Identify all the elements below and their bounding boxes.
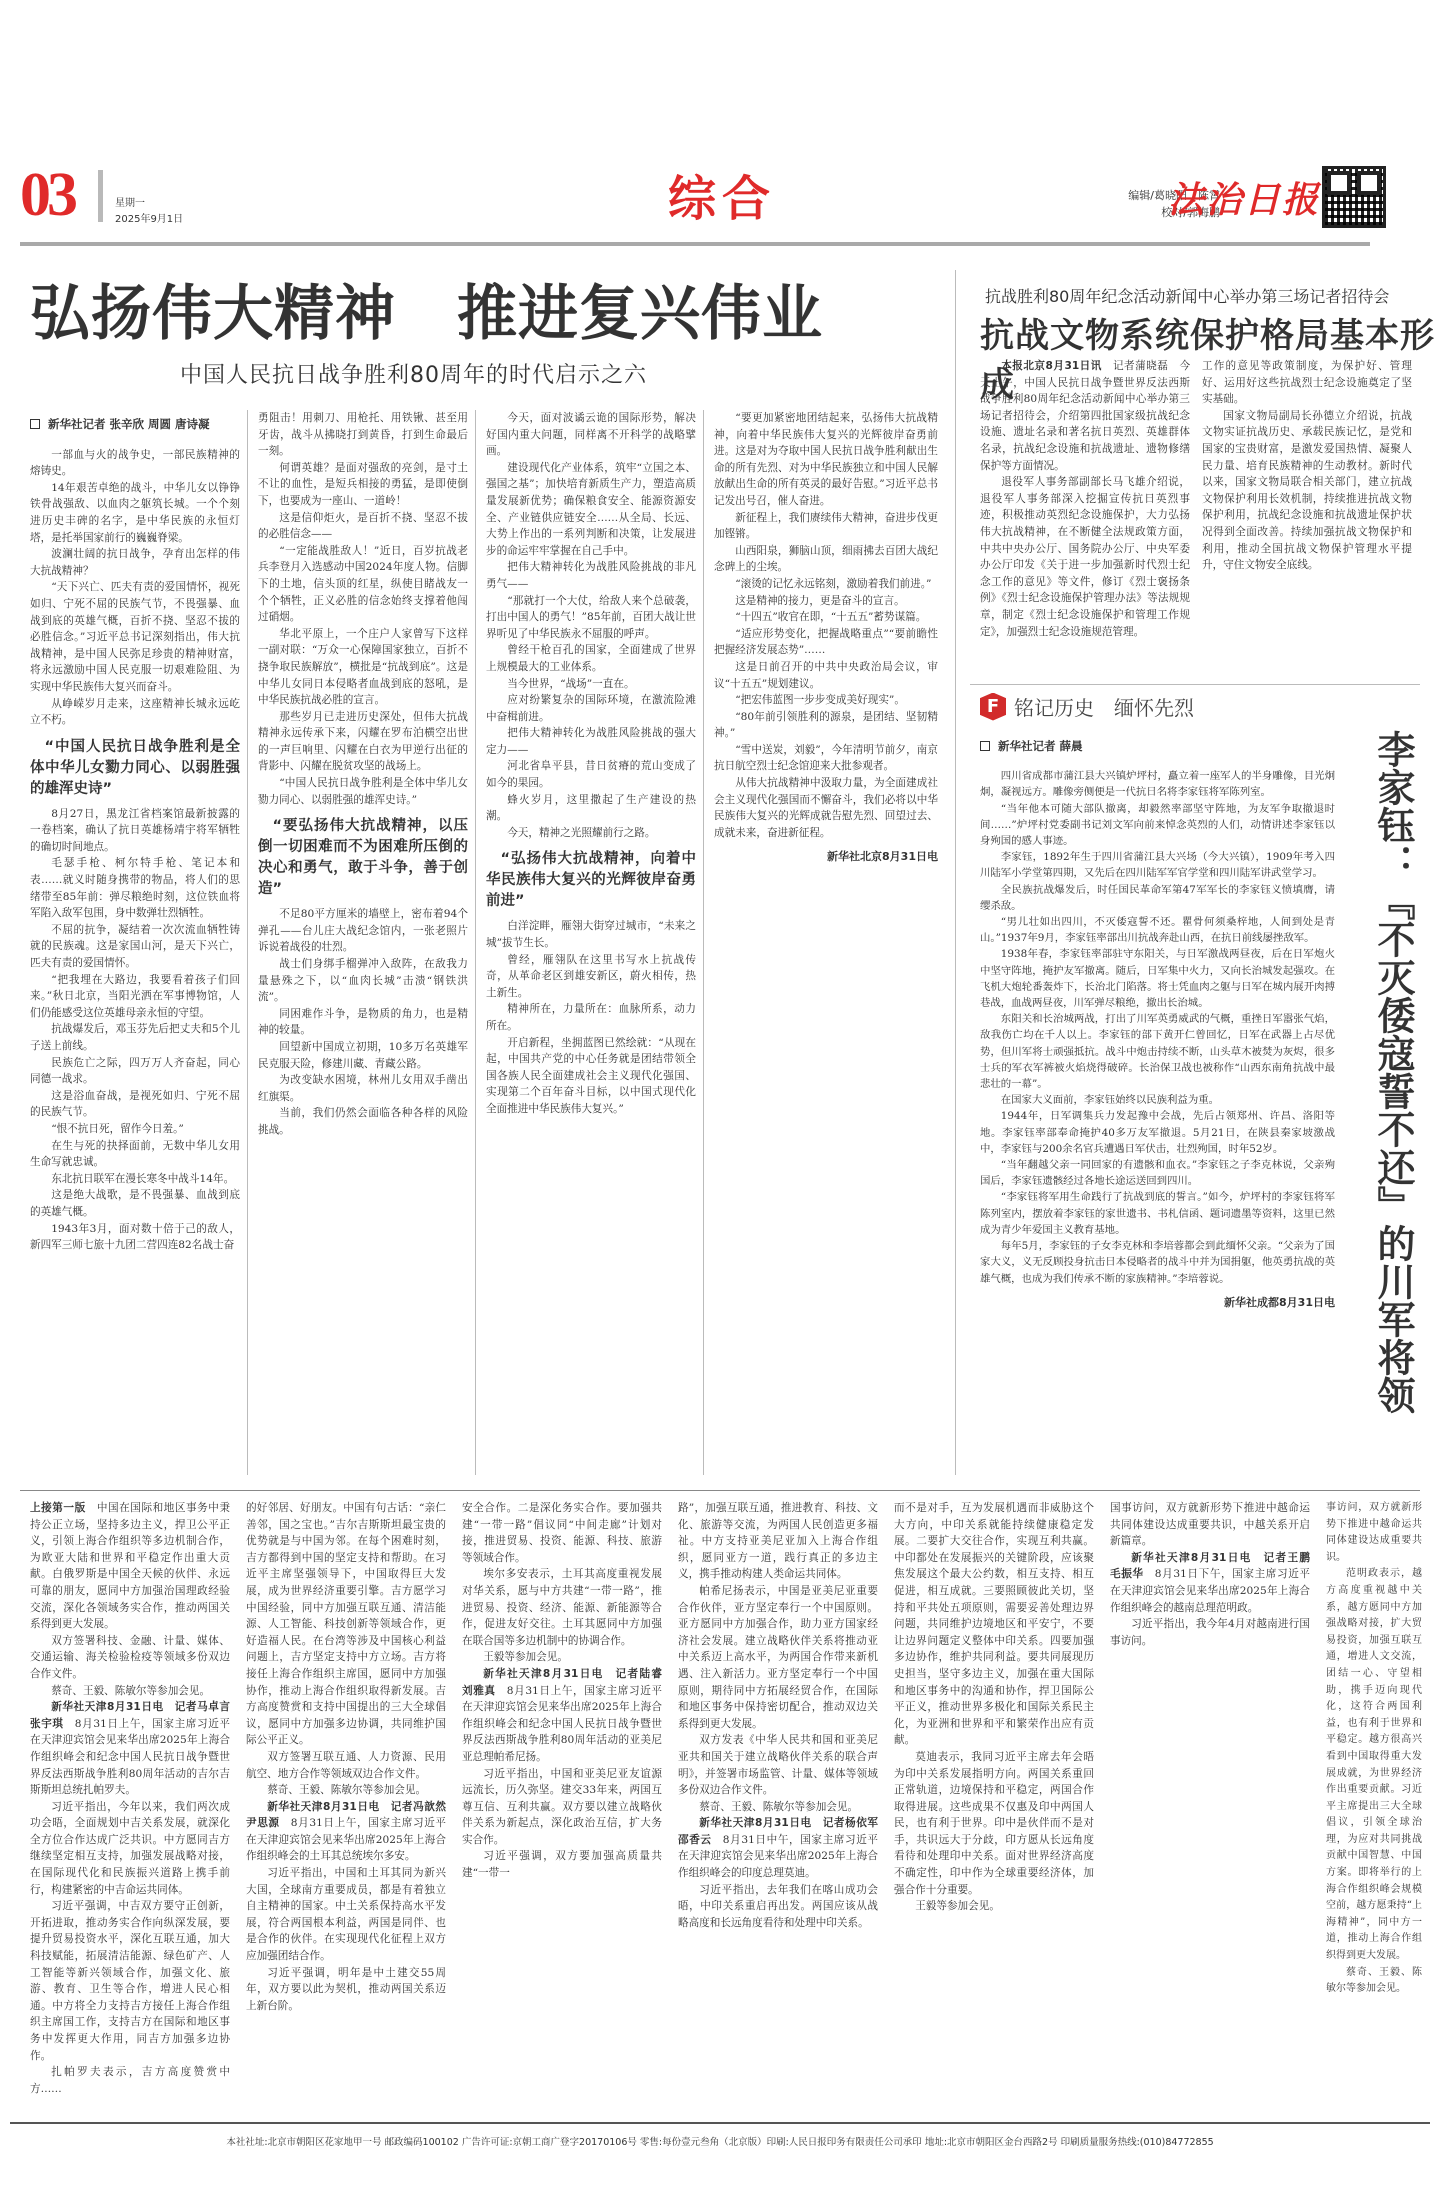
lower-column-1: 上接第一版 中国在国际和地区事务中秉持公正立场，坚持多边主义，捍卫公平正义，引领… bbox=[30, 1500, 230, 2115]
paragraph: 毛瑟手枪、柯尔特手枪、笔记本和表……就义时随身携带的物品，将人们的思绪带至85年… bbox=[30, 855, 240, 921]
column-divider bbox=[703, 410, 704, 1475]
paragraph: 建设现代化产业体系，筑牢“立国之本、强国之基”；加快培育新质生产力，塑造高质量发… bbox=[486, 460, 696, 560]
paragraph: 为改变缺水困境，林州儿女用双手凿出红旗渠。 bbox=[258, 1072, 468, 1105]
paragraph: 帕希尼扬表示，中国是亚美尼亚重要合作伙伴，亚方坚定奉行一个中国原则。亚方愿同中方… bbox=[678, 1583, 878, 1732]
paragraph: 习近平强调，明年是中土建交55周年，双方要以此为契机，推动两国关系迈上新台阶。 bbox=[246, 1965, 446, 2015]
paragraph: 那些岁月已走进历史深处，但伟大抗战精神永远传承下来，闪耀在罗布泊横空出世的一声巨… bbox=[258, 709, 468, 775]
paragraph: 蔡奇、王毅、陈敏尔等参加会见。 bbox=[246, 1782, 446, 1799]
paragraph: 当前，我们仍然会面临各种各样的风险挑战。 bbox=[258, 1105, 468, 1138]
paragraph: 精神所在，力量所在：血脉所系，动力所在。 bbox=[486, 1001, 696, 1034]
paragraph: 白洋淀畔，雁翎大街穿过城市，“未来之城”拔节生长。 bbox=[486, 918, 696, 951]
feature-vertical-title: 李家钰：『不灭倭寇誓不还』的川军将领 bbox=[1350, 730, 1414, 1414]
lower-section-divider bbox=[20, 1490, 1420, 1491]
lead-subhead-1: “中国人民抗日战争胜利是全体中华儿女勠力同心、以弱胜强的雄浑史诗” bbox=[30, 737, 240, 800]
paragraph: 不屈的抗争，凝结着一次次流血牺牲铸就的民族魂。这是家国山河，是天下兴亡，匹夫有责… bbox=[30, 922, 240, 972]
paragraph: “滚烫的记忆永远铭刻，激励着我们前进。” bbox=[714, 576, 938, 593]
paragraph: 14年艰苦卓绝的战斗，中华儿女以铮铮铁骨战强敌、以血肉之躯筑长城。一个个刻进历史… bbox=[30, 480, 240, 546]
paragraph: 蔡奇、王毅、陈敏尔等参加会见。 bbox=[1326, 1965, 1422, 1998]
side-reporter: 记者蒲晓磊 bbox=[1113, 360, 1168, 372]
paragraph: 王毅等参加会见。 bbox=[894, 1898, 1094, 1915]
lower-column-final: 事访问，双方就新形势下推进中越命运共同体建设达成重要共识。 范明政表示，越方高度… bbox=[1326, 1500, 1422, 2115]
paragraph: “雪中送炭，刘毅”，今年清明节前夕，南京抗日航空烈士纪念馆迎来大批参观者。 bbox=[714, 742, 938, 775]
paragraph: 事访问，双方就新形势下推进中越命运共同体建设达成重要共识。 bbox=[1326, 1500, 1422, 1566]
paragraph: 这是日前召开的中共中央政治局会议，审议“十五五”规划建议。 bbox=[714, 659, 938, 692]
paragraph: 应对纷繁复杂的国际环境，在激流险滩中奋楫前进。 bbox=[486, 692, 696, 725]
paragraph: 东阳关和长治城两战，打出了川军英勇威武的气概，重挫日军嚣张气焰，敌我伤亡均在千人… bbox=[980, 1011, 1335, 1092]
lead-column-1: 新华社记者 张辛欣 周圆 唐诗凝 一部血与火的战争史，一部民族精神的熔铸史。 1… bbox=[30, 410, 240, 1475]
paragraph: “天下兴亡、匹夫有责的爱国情怀，视死如归、宁死不屈的民族气节，不畏强暴、血战到底… bbox=[30, 579, 240, 695]
lead-subhead-2: “要弘扬伟大抗战精神，以压倒一切困难而不为困难所压倒的决心和勇气，敢于斗争，善于… bbox=[258, 816, 468, 900]
paragraph: 而不是对手，互为发展机遇而非威胁这个大方向，中印关系就能持续健康稳定发展。二要扩… bbox=[894, 1500, 1094, 1749]
paragraph: “李家钰将军用生命践行了抗战到底的誓言。”如今，炉坪村的李家钰将军陈列室内，摆放… bbox=[980, 1189, 1335, 1238]
paragraph: “十四五”收官在即，“十五五”蓄势谋篇。 bbox=[714, 609, 938, 626]
paragraph: 国家文物局副局长孙德立介绍说，抗战文物实证抗战历史、承载民族记忆，是党和国家的宝… bbox=[1202, 408, 1412, 574]
paragraph: 同困难作斗争，是物质的角力，也是精神的较量。 bbox=[258, 1006, 468, 1039]
section-divider bbox=[955, 270, 956, 1475]
paragraph: 习近平指出，去年我们在喀山成功会晤，中印关系重启再出发。两国应该从战略高度和长远… bbox=[678, 1882, 878, 1932]
paragraph: 开启新程，坐拥蓝图已然绘就：“从现在起，中国共产党的中心任务就是团结带领全国各族… bbox=[486, 1035, 696, 1118]
lower-column-7: 国事访问，双方就新形势下推进中越命运共同体建设达成重要共识，中越关系开启新篇章。… bbox=[1110, 1500, 1310, 2115]
paragraph: 一部血与火的战争史，一部民族精神的熔铸史。 bbox=[30, 447, 240, 480]
lead-column-4: “要更加紧密地团结起来，弘扬伟大抗战精神，向着中华民族伟大复兴的光辉彼岸奋勇前进… bbox=[714, 410, 938, 1475]
side-column-1: 本报北京8月31日讯 记者蒲晓磊 今天上午，中国人民抗日战争暨世界反法西斯战争胜… bbox=[980, 358, 1190, 678]
paragraph: “一定能战胜敌人！”近日，百岁抗战老兵李登月入选感动中国2024年度人物。信脚下… bbox=[258, 543, 468, 626]
paragraph: 蜂火岁月，这里撒起了生产建设的热潮。 bbox=[486, 792, 696, 825]
paragraph: 四川省成都市蒲江县大兴镇炉坪村，矗立着一座军人的半身雕像，目光炯炯，凝视远方。雕… bbox=[980, 768, 1335, 800]
masthead-divider bbox=[20, 242, 1370, 246]
footer-divider bbox=[10, 2122, 1430, 2124]
paragraph: 民族危亡之际，四万万人齐奋起，同心同德一战求。 bbox=[30, 1055, 240, 1088]
paragraph: 新华社天津8月31日电 记者马卓言 张宇琪 8月31日上午，国家主席习近平在天津… bbox=[30, 1699, 230, 1799]
paragraph: 从峥嵘岁月走来，这座精神长城永远屹立不朽。 bbox=[30, 696, 240, 729]
paragraph: 埃尔多安表示，土耳其高度重视发展对华关系，愿与中方共建“一带一路”，推进贸易、投… bbox=[462, 1566, 662, 1649]
paragraph: 勇阻击！用刺刀、用枪托、用铁锹、甚至用牙齿，战斗从拂晓打到黄昏，打到生命最后一刻… bbox=[258, 410, 468, 460]
paragraph: 把伟大精神转化为战胜风险挑战的强大定力—— bbox=[486, 725, 696, 758]
paragraph: 全民族抗战爆发后，时任国民革命军第47军军长的李家钰义愤填膺，请缨杀敌。 bbox=[980, 882, 1335, 914]
lower-column-3: 安全合作。二是深化务实合作。要加强共建“一带一路”倡议同“中间走廊”计划对接，推… bbox=[462, 1500, 662, 2115]
qr-code-icon[interactable] bbox=[1322, 166, 1386, 228]
feature-byline: 新华社记者 薛晨 bbox=[980, 738, 1335, 754]
paragraph: 习近平指出，中国和亚美尼亚友谊源远流长，历久弥坚。建交33年来，两国互尊互信、互… bbox=[462, 1766, 662, 1849]
paragraph: “中国人民抗日战争胜利是全体中华儿女勠力同心、以弱胜强的雄浑史诗。” bbox=[258, 775, 468, 808]
paragraph: 1938年春，李家钰率部驻守东阳关，与日军激战两昼夜，后在日军炮火中坚守阵地，掩… bbox=[980, 946, 1335, 1011]
paragraph: 山西阳泉，狮脑山顶，细雨拂去百团大战纪念碑上的尘埃。 bbox=[714, 543, 938, 576]
paragraph: 李家钰，1892年生于四川省蒲江县大兴场（今大兴镇），1909年考入四川陆军小学… bbox=[980, 849, 1335, 881]
paragraph: 每年5月，李家钰的子女李克林和李培蓉都会到此缅怀父亲。“父亲为了国家大义，义无反… bbox=[980, 1238, 1335, 1287]
feature-rubric: F 铭记历史 缅怀先烈 bbox=[980, 692, 1194, 721]
paragraph: 习近平强调，中吉双方要守正创新，开拓进取，推动务实合作向纵深发展，要提升贸易投资… bbox=[30, 1898, 230, 2064]
page-number: 03 bbox=[20, 164, 74, 226]
rubric-label: 铭记历史 缅怀先烈 bbox=[1014, 692, 1194, 721]
paragraph: 新华社天津8月31日电 记者冯歆然 尹思源 8月31日上午，国家主席习近平在天津… bbox=[246, 1799, 446, 1865]
lead-column-3: 今天，面对波谲云诡的国际形势，解决好国内重大问题，同样离不开科学的战略擘画。 建… bbox=[486, 410, 696, 1475]
paragraph: 回望新中国成立初期，10多万名英雄军民克服天险，修建川藏、青藏公路。 bbox=[258, 1039, 468, 1072]
paragraph: 双方发表《中华人民共和国和亚美尼亚共和国关于建立战略伙伴关系的联合声明》，并签署… bbox=[678, 1732, 878, 1798]
paragraph: “当年他本可随大部队撤离，却毅然率部坚守阵地，为友军争取撤退时间……”炉坪村党委… bbox=[980, 801, 1335, 850]
lead-byline: 新华社记者 张辛欣 周圆 唐诗凝 bbox=[30, 416, 240, 433]
lead-signoff: 新华社北京8月31日电 bbox=[714, 849, 938, 866]
paragraph: 新征程上，我们赓续伟大精神，奋进步伐更加铿锵。 bbox=[714, 510, 938, 543]
paragraph: 河北省阜平县，昔日贫瘠的荒山变成了如今的果园。 bbox=[486, 758, 696, 791]
side-kicker: 抗战胜利80周年纪念活动新闻中心举办第三场记者招待会 bbox=[985, 284, 1389, 307]
lower-column-5: 而不是对手，互为发展机遇而非威胁这个大方向，中印关系就能持续健康稳定发展。二要扩… bbox=[894, 1500, 1094, 2115]
side-dateline: 本报北京8月31日讯 bbox=[1001, 360, 1102, 372]
paragraph: 双方签署互联互通、人力资源、民用航空、地方合作等领域双边合作文件。 bbox=[246, 1749, 446, 1782]
paragraph: 1944年，日军调集兵力发起豫中会战，先后占领郑州、许昌、洛阳等地。李家钰率部奉… bbox=[980, 1108, 1335, 1157]
paragraph: 从伟大抗战精神中汲取力量，为全面建成社会主义现代化强国而不懈奋斗，我们必将以中华… bbox=[714, 775, 938, 841]
rubric-badge-icon: F bbox=[980, 693, 1006, 721]
paragraph: “要更加紧密地团结起来，弘扬伟大抗战精神，向着中华民族伟大复兴的光辉彼岸奋勇前进… bbox=[714, 410, 938, 510]
paragraph: 蔡奇、王毅、陈敏尔等参加会见。 bbox=[678, 1799, 878, 1816]
paragraph: 当今世界，“战场”一直在。 bbox=[486, 676, 696, 693]
paragraph: “那就打一个大仗，给敌人来个总破袭，打出中国人的勇气！”85年前，百团大战让世界… bbox=[486, 593, 696, 643]
paragraph: 习近平强调，双方要加强高质量共建“一带一 bbox=[462, 1848, 662, 1881]
paragraph: 今天，面对波谲云诡的国际形势，解决好国内重大问题，同样离不开科学的战略擘画。 bbox=[486, 410, 696, 460]
feature-signoff: 新华社成都8月31日电 bbox=[980, 1295, 1335, 1311]
section-title: 综合 bbox=[668, 160, 776, 229]
paragraph: 工作的意见等政策制度，为保护好、管理好、运用好这些抗战烈士纪念设施奠定了坚实基础… bbox=[1202, 358, 1412, 408]
publication-date: 2025年9月1日 bbox=[115, 210, 183, 225]
paragraph: 新华社天津8月31日电 记者杨依军 邵香云 8月31日中午，国家主席习近平在天津… bbox=[678, 1815, 878, 1881]
paragraph: 在生与死的抉择面前，无数中华儿女用生命写就忠诚。 bbox=[30, 1138, 240, 1171]
paragraph: “适应形势变化，把握战略重点”“要前瞻性把握经济发展态势”…… bbox=[714, 626, 938, 659]
paragraph: “恨不抗日死，留作今日羞。” bbox=[30, 1121, 240, 1138]
paragraph: 曾经，雁翎队在这里书写水上抗战传奇，从革命老区到雄安新区，蔚火相传，热土新生。 bbox=[486, 952, 696, 1002]
paragraph: 安全合作。二是深化务实合作。要加强共建“一带一路”倡议同“中间走廊”计划对接，推… bbox=[462, 1500, 662, 1566]
paragraph: 新华社天津8月31日电 记者陆睿 刘雅真 8月31日上午，国家主席习近平在天津迎… bbox=[462, 1666, 662, 1766]
paragraph: 习近平指出，我今年4月对越南进行国事访问。 bbox=[1110, 1616, 1310, 1649]
paragraph: “男儿壮如出四川，不灭倭寇誓不还。瞿骨何须桑梓地，人间到处是青山。”1937年9… bbox=[980, 914, 1335, 946]
paragraph: 王毅等参加会见。 bbox=[462, 1649, 662, 1666]
paragraph: “当年翻越父亲一同回家的有遗骸和血衣。”李家钰之子李克林说，父亲殉国后，李家钰遗… bbox=[980, 1157, 1335, 1189]
feature-column: 新华社记者 薛晨 四川省成都市蒲江县大兴镇炉坪村，矗立着一座军人的半身雕像，目光… bbox=[980, 732, 1335, 1477]
paragraph: 曾经干枪百孔的国家，全面建成了世界上规模最大的工业体系。 bbox=[486, 642, 696, 675]
paragraph: 新华社天津8月31日电 记者王鹏 毛振华 8月31日下午，国家主席习近平在天津迎… bbox=[1110, 1550, 1310, 1616]
paragraph: 蔡奇、王毅、陈敏尔等参加会见。 bbox=[30, 1683, 230, 1700]
byline-box-icon bbox=[30, 419, 40, 429]
paragraph: 8月27日，黑龙江省档案馆最新披露的一卷档案，确认了抗日英雄杨靖宇将军牺牲的确切… bbox=[30, 806, 240, 856]
lead-headline: 弘扬伟大精神 推进复兴伟业 bbox=[30, 278, 930, 350]
page-number-divider bbox=[98, 170, 103, 222]
newspaper-logo: 法治日报 bbox=[1168, 172, 1320, 223]
paragraph: 华北平原上，一个庄户人家曾写下这样一副对联：“万众一心保障国家独立，百折不挠争取… bbox=[258, 626, 468, 709]
paragraph: “把我埋在大路边，我要看着孩子们回来。”秋日北京，当阳光洒在军事博物馆，人们仍能… bbox=[30, 972, 240, 1022]
imprint-footer: 本社社址:北京市朝阳区花家地甲一号 邮政编码100102 广告许可证:京朝工商广… bbox=[0, 2134, 1440, 2148]
weekday: 星期一 bbox=[115, 194, 145, 209]
paragraph: 1943年3月，面对数十倍于己的敌人，新四军三师七旅十九团二营四连82名战士奋 bbox=[30, 1221, 240, 1254]
side-divider bbox=[970, 684, 1420, 685]
paragraph: 本报北京8月31日讯 记者蒲晓磊 今天上午，中国人民抗日战争暨世界反法西斯战争胜… bbox=[980, 358, 1190, 474]
lower-column-4: 路”，加强互联互通，推进教育、科技、文化、旅游等交流，为两国人民创造更多福祉。中… bbox=[678, 1500, 878, 2115]
paragraph: 东北抗日联军在漫长寒冬中战斗14年。 bbox=[30, 1171, 240, 1188]
side-column-2: 工作的意见等政策制度，为保护好、管理好、运用好这些抗战烈士纪念设施奠定了坚实基础… bbox=[1202, 358, 1412, 678]
paragraph: “把宏伟蓝图一步步变成美好现实”。 bbox=[714, 692, 938, 709]
paragraph: 习近平指出，今年以来，我们两次成功会晤，全面规划中吉关系发展，就深化全方位合作达… bbox=[30, 1799, 230, 1899]
paragraph: 双方签署科技、金融、计量、媒体、交通运输、海关检验检疫等领域多份双边合作文件。 bbox=[30, 1633, 230, 1683]
paragraph: 不足80平方厘米的墙壁上，密布着94个弹孔——台儿庄大战纪念馆内，一张老照片诉说… bbox=[258, 906, 468, 956]
paragraph: 路”，加强互联互通，推进教育、科技、文化、旅游等交流，为两国人民创造更多福祉。中… bbox=[678, 1500, 878, 1583]
paragraph: 这是浴血奋战，是视死如归、宁死不屈的民族气节。 bbox=[30, 1088, 240, 1121]
paragraph: 把伟大精神转化为战胜风险挑战的非凡勇气—— bbox=[486, 559, 696, 592]
paragraph: 在国家大义面前，李家钰始终以民族利益为重。 bbox=[980, 1092, 1335, 1108]
paragraph: 战士们身绑手榴弹冲入敌阵，在敌我力量悬殊之下，以“血肉长城”击溃“钢铁洪流”。 bbox=[258, 956, 468, 1006]
lead-column-2: 勇阻击！用刺刀、用枪托、用铁锹、甚至用牙齿，战斗从拂晓打到黄昏，打到生命最后一刻… bbox=[258, 410, 468, 1475]
paragraph: 扎帕罗夫表示，吉方高度赞赏中方…… bbox=[30, 2064, 230, 2097]
column-divider bbox=[247, 410, 248, 1475]
paragraph: 波澜壮阔的抗日战争，孕育出怎样的伟大抗战精神？ bbox=[30, 546, 240, 579]
paragraph: “80年前引领胜利的源泉，是团结、坚韧精神。” bbox=[714, 709, 938, 742]
paragraph: 今天，精神之光照耀前行之路。 bbox=[486, 825, 696, 842]
paragraph: 范明政表示，越方高度重视越中关系，越方愿同中方加强战略对接，扩大贸易投资，加强互… bbox=[1326, 1566, 1422, 1964]
paragraph: 这是信仰炬火，是百折不挠、坚忍不拔的必胜信念—— bbox=[258, 510, 468, 543]
paragraph: 何谓英雄？是面对强敌的亮剑，是寸土不让的血性，是短兵相接的勇猛，是即使倒下，也要… bbox=[258, 460, 468, 510]
paragraph: 这是精神的接力，更是奋斗的宣言。 bbox=[714, 593, 938, 610]
paragraph: 的好邻居、好朋友。中国有句古话：“亲仁善邻，国之宝也。”吉尔吉斯斯坦最宝贵的优势… bbox=[246, 1500, 446, 1749]
lower-column-2: 的好邻居、好朋友。中国有句古话：“亲仁善邻，国之宝也。”吉尔吉斯斯坦最宝贵的优势… bbox=[246, 1500, 446, 2115]
paragraph: 莫迪表示，我同习近平主席去年会晤为印中关系发展指明方向。两国关系重回正常轨道，边… bbox=[894, 1749, 1094, 1898]
lead-subhead-3: “弘扬伟大抗战精神，向着中华民族伟大复兴的光辉彼岸奋勇前进” bbox=[486, 849, 696, 912]
paragraph: 上接第一版 中国在国际和地区事务中秉持公正立场，坚持多边主义，捍卫公平正义，引领… bbox=[30, 1500, 230, 1633]
paragraph: 国事访问，双方就新形势下推进中越命运共同体建设达成重要共识，中越关系开启新篇章。 bbox=[1110, 1500, 1310, 1550]
paragraph: 习近平指出，中国和土耳其同为新兴大国，全球南方重要成员，都是有着独立自主精神的国… bbox=[246, 1865, 446, 1965]
lead-subheadline: 中国人民抗日战争胜利80周年的时代启示之六 bbox=[180, 358, 647, 389]
paragraph: 抗战爆发后，邓玉芬先后把丈夫和5个儿子送上前线。 bbox=[30, 1021, 240, 1054]
paragraph: 退役军人事务部副部长马飞雄介绍说，退役军人事务部深入挖掘宣传抗日英烈事迹，积极推… bbox=[980, 474, 1190, 640]
paragraph: 这是绝大战歌，是不畏强暴、血战到底的英雄气概。 bbox=[30, 1187, 240, 1220]
masthead: 03 星期一 2025年9月1日 综合 编辑/葛晓阳 陈霄 校对/郭海鹏 法治日… bbox=[20, 160, 1370, 246]
byline-box-icon bbox=[980, 741, 990, 751]
column-divider bbox=[475, 410, 476, 1475]
